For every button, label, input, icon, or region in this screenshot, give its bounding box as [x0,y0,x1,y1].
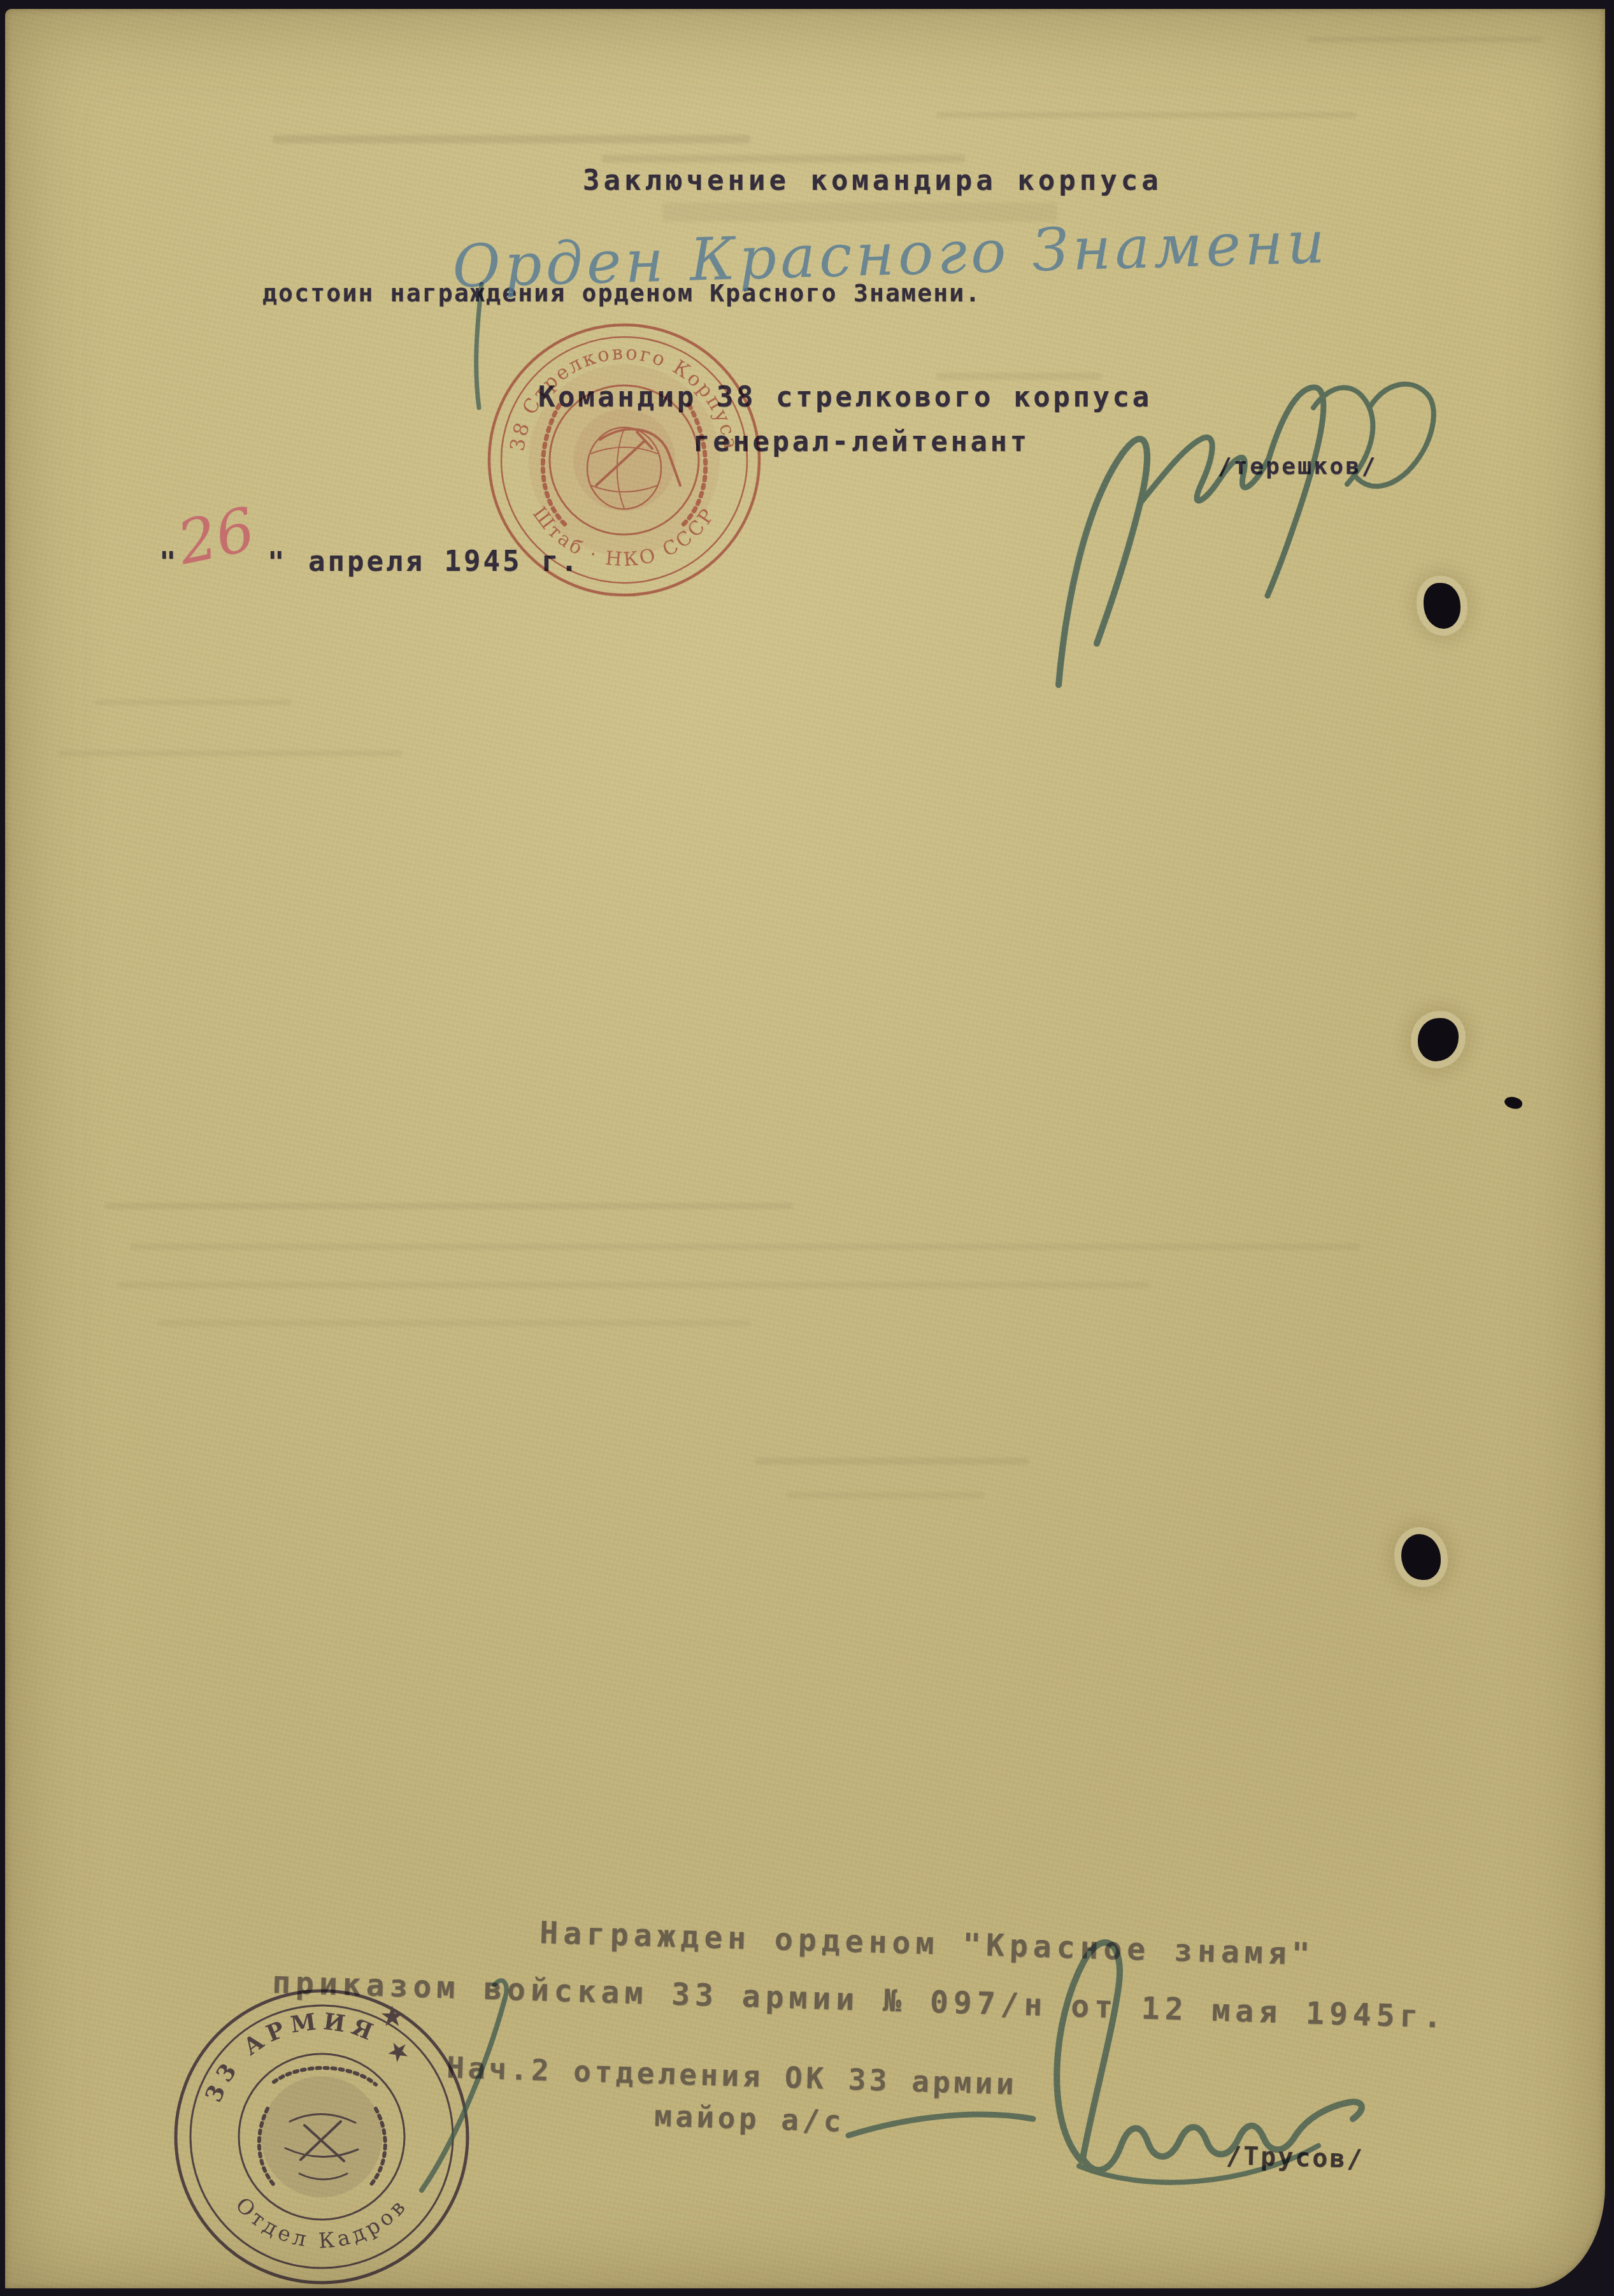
ghost-text [131,1244,1360,1250]
ghost-text [105,1203,793,1209]
ghost-text [787,1492,984,1498]
commander-rank-line: генерал-лейтенант [538,426,1185,458]
date-month-year: апреля 1945 г. [308,545,580,578]
ghost-text [158,1320,750,1326]
clerk-rank-line: майор а/с [653,2099,845,2139]
commander-name: /терешков/ [1218,454,1378,480]
scan-background: { "document": { "title": "Заключение ком… [0,0,1614,2296]
date-close-quote: " [268,547,285,579]
ghost-text [118,1282,1150,1288]
ghost-text [94,700,292,705]
ghost-text [59,750,403,756]
ghost-text [602,155,965,162]
document-title: Заключение командира корпуса [583,164,1162,197]
ghost-text [1307,37,1543,42]
date-open-quote: " [159,547,176,579]
ghost-text [936,373,1102,380]
clerk-name: /Трусов/ [1225,2141,1364,2174]
ghost-text [755,1458,1029,1465]
commander-position-line: Командир 38 стрелкового корпуса [538,381,1152,413]
ghost-text [273,135,750,143]
ghost-text [936,112,1357,118]
